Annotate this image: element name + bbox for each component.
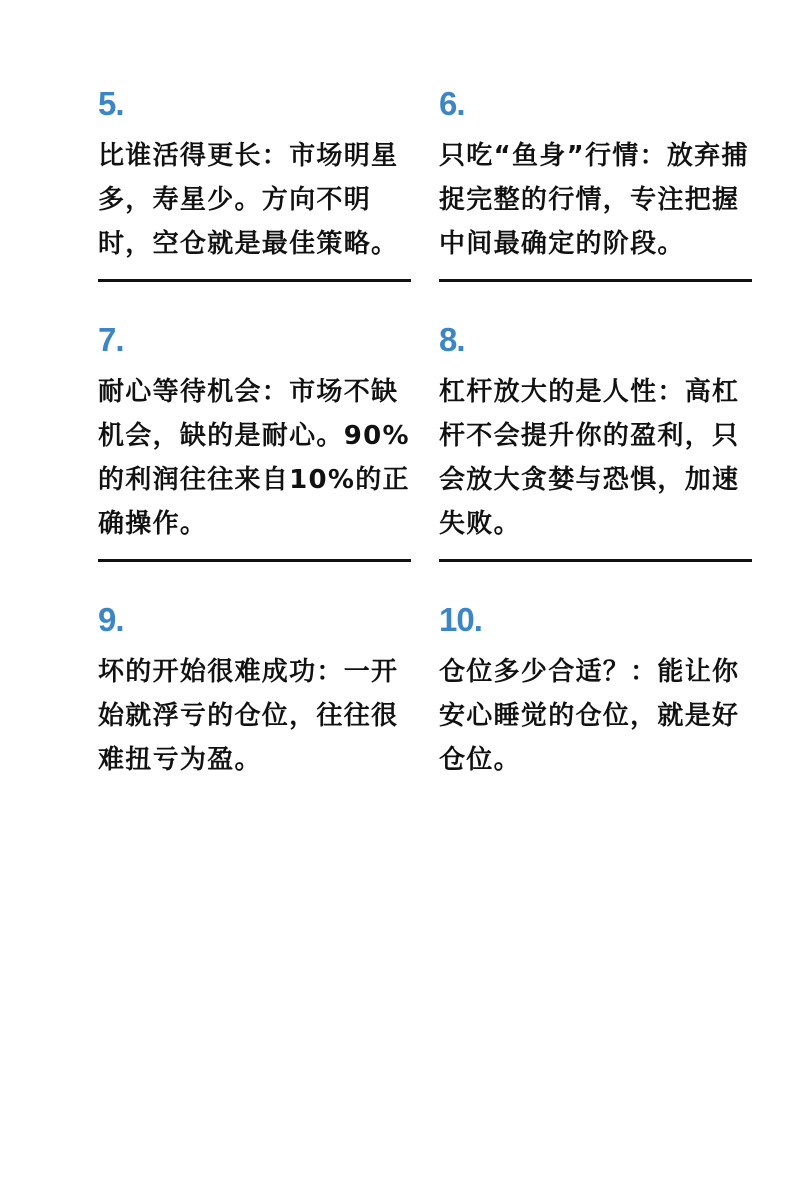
item-number: 5. [98, 86, 411, 122]
divider [98, 279, 411, 282]
item-number: 9. [98, 602, 411, 638]
item-number: 10. [439, 602, 752, 638]
list-item-10: 10. 仓位多少合适？：能让你安心睡觉的仓位，就是好仓位。 [439, 602, 752, 782]
divider [439, 559, 752, 562]
list-item-6: 6. 只吃“鱼身”行情：放弃捕捉完整的行情，专注把握中间最确定的阶段。 [439, 86, 752, 266]
list-item-9: 9. 坏的开始很难成功：一开始就浮亏的仓位，往往很难扭亏为盈。 [98, 602, 411, 782]
list-item-8: 8. 杠杆放大的是人性：高杠杆不会提升你的盈利，只会放大贪婪与恐惧，加速失败。 [439, 322, 752, 546]
item-text: 耐心等待机会：市场不缺机会，缺的是耐心。90%的利润往往来自10%的正确操作。 [98, 370, 411, 546]
item-number: 6. [439, 86, 752, 122]
item-number: 8. [439, 322, 752, 358]
divider [439, 279, 752, 282]
item-text: 杠杆放大的是人性：高杠杆不会提升你的盈利，只会放大贪婪与恐惧，加速失败。 [439, 370, 752, 546]
item-text: 仓位多少合适？：能让你安心睡觉的仓位，就是好仓位。 [439, 650, 752, 782]
item-text: 比谁活得更长：市场明星多，寿星少。方向不明时，空仓就是最佳策略。 [98, 134, 411, 266]
item-number: 7. [98, 322, 411, 358]
item-text: 坏的开始很难成功：一开始就浮亏的仓位，往往很难扭亏为盈。 [98, 650, 411, 782]
list-item-5: 5. 比谁活得更长：市场明星多，寿星少。方向不明时，空仓就是最佳策略。 [98, 86, 411, 266]
item-text: 只吃“鱼身”行情：放弃捕捉完整的行情，专注把握中间最确定的阶段。 [439, 134, 752, 266]
divider [98, 559, 411, 562]
list-item-7: 7. 耐心等待机会：市场不缺机会，缺的是耐心。90%的利润往往来自10%的正确操… [98, 322, 411, 546]
